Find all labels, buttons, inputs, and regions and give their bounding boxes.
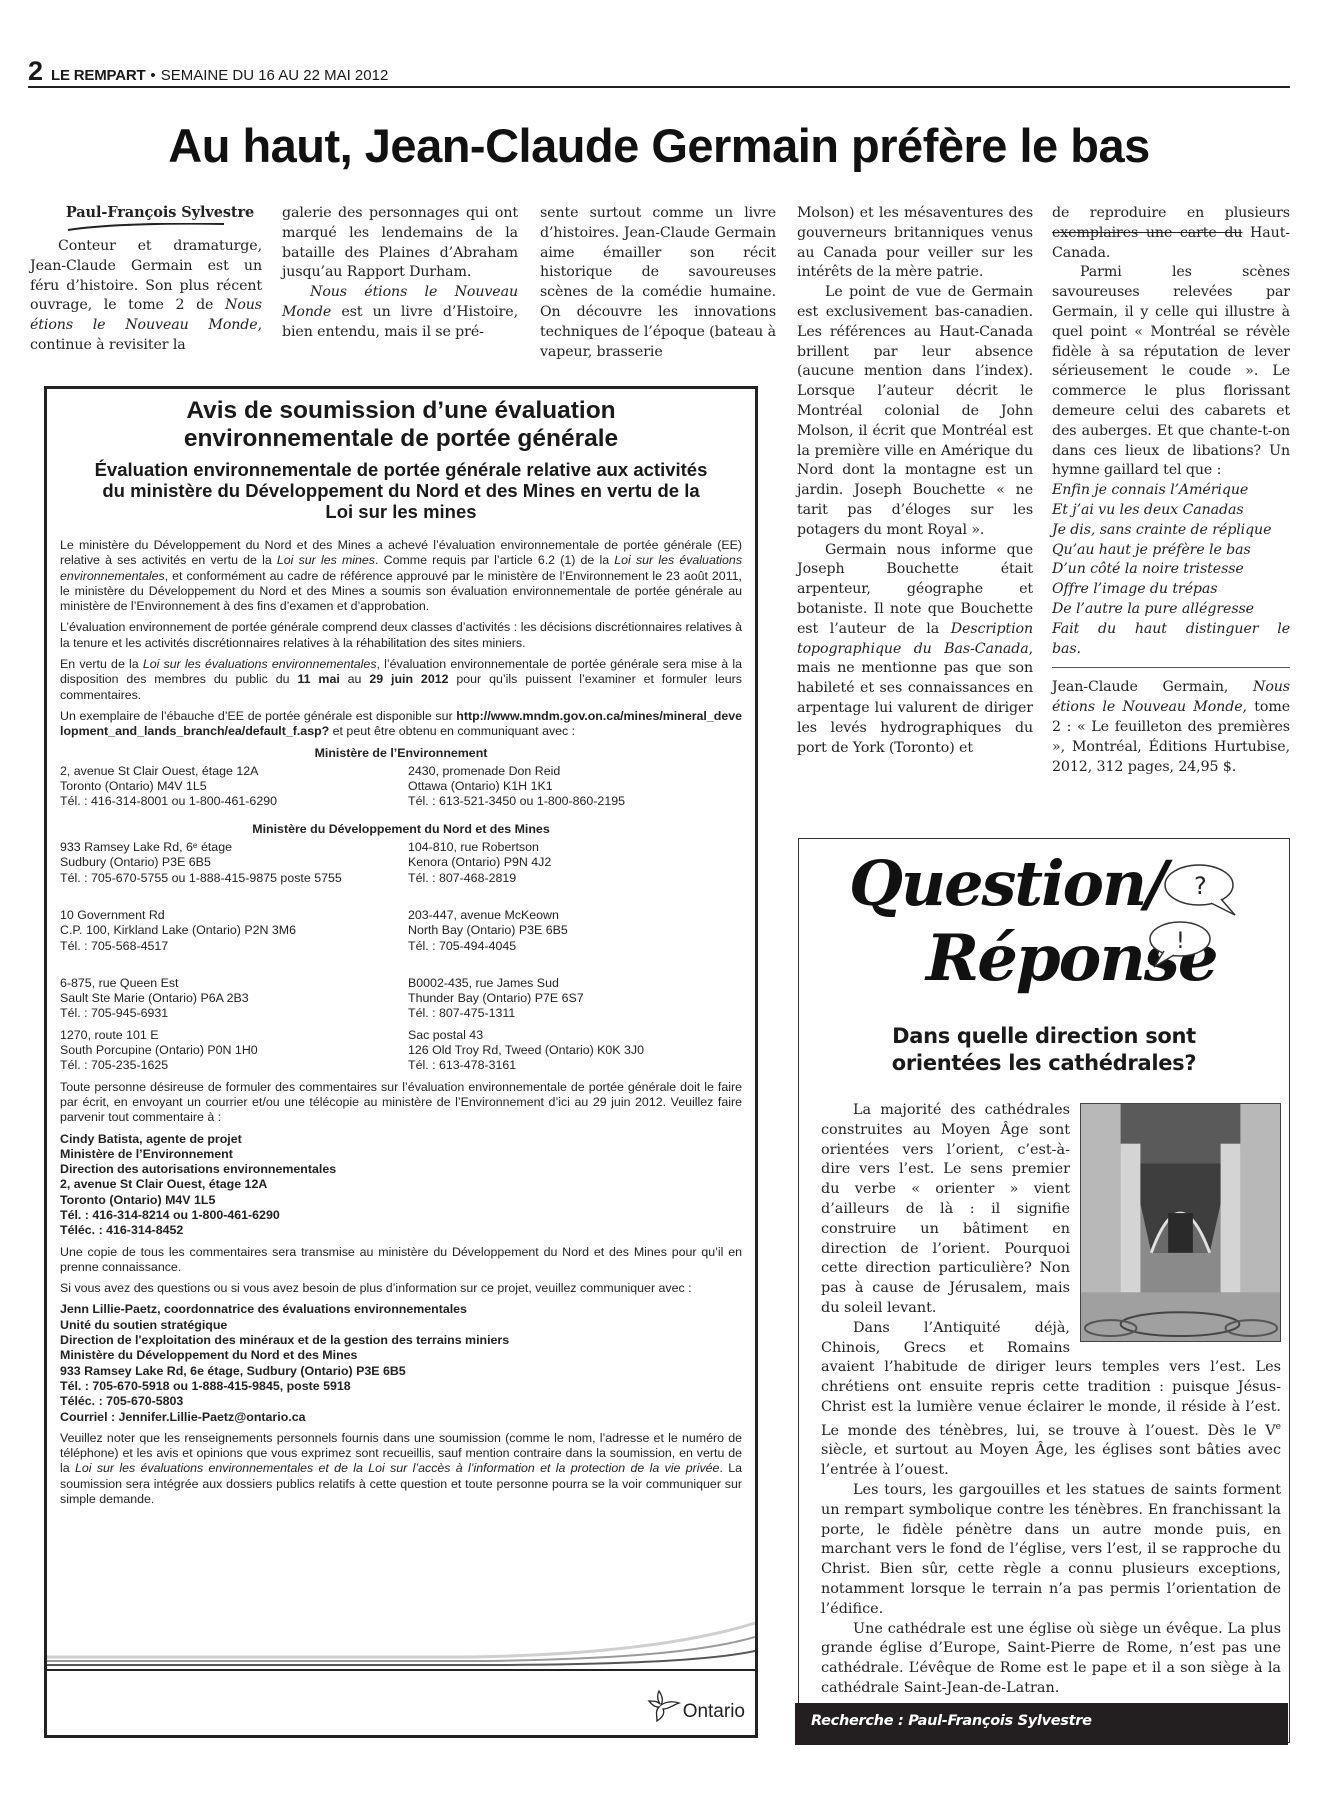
paper-name: LE REMPART	[51, 67, 145, 84]
poem-line: D’un côté la noire tristesse	[1052, 560, 1290, 580]
article-column-5: de reproduire en plusieurs exemplaires u…	[1052, 204, 1290, 777]
qr-question-title: Dans quelle direction sont orientées les…	[799, 1023, 1289, 1077]
svg-text:?: ?	[1194, 872, 1207, 900]
article-column-4: Molson) et les mésaventures des gouverne…	[797, 204, 1033, 758]
office-address: 1270, route 101 E South Porcupine (Ontar…	[60, 1028, 408, 1074]
masthead-separator: •	[150, 67, 155, 84]
notice-title: Avis de soumission d’une évaluation envi…	[47, 397, 755, 453]
cathedral-interior-photo	[1080, 1103, 1281, 1342]
office-address: 10 Government Rd C.P. 100, Kirkland Lake…	[60, 908, 408, 954]
notice-paragraph: L’évaluation environnement de portée gén…	[60, 620, 742, 651]
notice-paragraph: Si vous avez des questions ou si vous av…	[60, 1281, 742, 1296]
office-address: 2, avenue St Clair Ouest, étage 12A Toro…	[60, 764, 408, 810]
byline: Paul-François Sylvestre	[30, 204, 262, 222]
ontario-logo-text: Ontario	[683, 1701, 745, 1723]
issue-week: SEMAINE DU 16 AU 22 MAI 2012	[161, 67, 389, 84]
poem-line: Offre l’image du trépas	[1052, 580, 1290, 600]
poem-line: Fait du haut distinguer le	[1052, 620, 1290, 640]
page-number: 2	[28, 58, 43, 84]
office-address: 6-875, rue Queen Est Sault Ste Marie (On…	[60, 976, 408, 1022]
article-paragraph: Molson) et les mésaventures des gouverne…	[797, 204, 1033, 283]
article-column-1: Paul-François Sylvestre Conteur et drama…	[30, 204, 262, 356]
article-paragraph: de reproduire en plusieurs exemplaires u…	[1052, 204, 1290, 263]
office-address: 203-447, avenue McKeown North Bay (Ontar…	[408, 908, 742, 954]
poem-line: Qu’au haut je préfère le bas	[1052, 541, 1290, 561]
qr-paragraph: Les tours, les gargouilles et les statue…	[821, 1481, 1281, 1620]
poem-line: Et j’ai vu les deux Canadas	[1052, 501, 1290, 521]
office-address: 104-810, rue Robertson Kenora (Ontario) …	[408, 840, 742, 886]
trillium-icon	[647, 1689, 681, 1723]
article-paragraph: Nous étions le Nouveau Monde est un livr…	[282, 283, 518, 342]
article-column-3: sente surtout comme un livre d’histoires…	[540, 204, 776, 362]
divider	[1052, 667, 1290, 668]
contact-block-cindy-batista: Cindy Batista, agente de projet Ministèr…	[60, 1132, 742, 1239]
qr-answer-body: La majorité des cathédrales construites …	[821, 1101, 1281, 1699]
book-reference: Jean-Claude Germain, Nous étions le Nouv…	[1052, 678, 1290, 777]
research-credit: Recherche : Paul-François Sylvestre	[811, 1713, 1092, 1729]
article-paragraph: sente surtout comme un livre d’histoires…	[540, 204, 776, 362]
poem-line: Enfin je connais l’Amérique	[1052, 481, 1290, 501]
research-credit-bar: Recherche : Paul-François Sylvestre	[795, 1703, 1288, 1745]
article-column-2: galerie des personnages qui ont marqué l…	[282, 204, 518, 343]
contact-block-jenn-lillie-paetz: Jenn Lillie-Paetz, coordonnatrice des év…	[60, 1302, 742, 1424]
poem-line: De l’autre la pure allégresse	[1052, 600, 1290, 620]
question-bubble-icon: ?	[1161, 861, 1239, 923]
notice-footer-divider	[47, 1669, 755, 1671]
environmental-assessment-notice: Avis de soumission d’une évaluation envi…	[44, 386, 758, 1738]
masthead: 2 LE REMPART • SEMAINE DU 16 AU 22 MAI 2…	[28, 58, 1290, 88]
notice-body: Le ministère du Développement du Nord et…	[47, 538, 755, 1507]
notice-paragraph: Veuillez noter que les renseignements pe…	[60, 1431, 742, 1507]
office-address: 2430, promenade Don Reid Ottawa (Ontario…	[408, 764, 742, 810]
logo-question: Question/	[849, 847, 1166, 920]
decorative-swoosh-icon	[47, 1619, 755, 1669]
office-address: 933 Ramsey Lake Rd, 6ᵉ étage Sudbury (On…	[60, 840, 408, 886]
ontario-logo: Ontario	[647, 1689, 745, 1723]
article-paragraph: Conteur et dramaturge, Jean-Claude Germa…	[30, 237, 262, 356]
office-address: Sac postal 43 126 Old Troy Rd, Tweed (On…	[408, 1028, 742, 1074]
poem-line: Je dis, sans crainte de réplique	[1052, 521, 1290, 541]
article-paragraph: Germain nous informe que Joseph Bouchett…	[797, 541, 1033, 759]
office-address: B0002-435, rue James Sud Thunder Bay (On…	[408, 976, 742, 1022]
qr-paragraph: Une cathédrale est une église où siège u…	[821, 1620, 1281, 1699]
poem-line: bas.	[1052, 640, 1290, 660]
article-paragraph: galerie des personnages qui ont marqué l…	[282, 204, 518, 283]
env-ministry-heading: Ministère de l’Environnement	[60, 746, 742, 761]
notice-paragraph: Une copie de tous les commentaires sera …	[60, 1245, 742, 1276]
mndm-ministry-heading: Ministère du Développement du Nord et de…	[60, 822, 742, 837]
env-offices: 2, avenue St Clair Ouest, étage 12A Toro…	[60, 764, 742, 816]
svg-text:!: !	[1176, 929, 1185, 954]
article-headline: Au haut, Jean-Claude Germain préfère le …	[28, 118, 1290, 173]
notice-paragraph: Toute personne désireuse de formuler des…	[60, 1080, 742, 1126]
poem: Enfin je connais l’Amérique Et j’ai vu l…	[1052, 481, 1290, 659]
article-paragraph: Parmi les scènes savoureuses relevées pa…	[1052, 263, 1290, 481]
question-reponse-box: Question/ Réponse ? ! Dans quelle direct…	[798, 838, 1290, 1743]
notice-paragraph: Le ministère du Développement du Nord et…	[60, 538, 742, 614]
mndm-offices: 933 Ramsey Lake Rd, 6ᵉ étage Sudbury (On…	[60, 840, 742, 1080]
article-paragraph: Le point de vue de Germain est exclusive…	[797, 283, 1033, 540]
notice-paragraph: En vertu de la Loi sur les évaluations e…	[60, 657, 742, 703]
notice-paragraph: Un exemplaire de l’ébauche d’EE de porté…	[60, 709, 742, 740]
byline-swash-icon	[66, 223, 226, 231]
qr-paragraph: Dans l’Antiquité déjà, Chinois, Grecs et…	[821, 1319, 1281, 1481]
notice-subtitle: Évaluation environnementale de portée gé…	[47, 459, 755, 522]
question-reponse-logo: Question/ Réponse ? !	[799, 839, 1289, 1019]
exclamation-bubble-icon: !	[1144, 917, 1214, 973]
